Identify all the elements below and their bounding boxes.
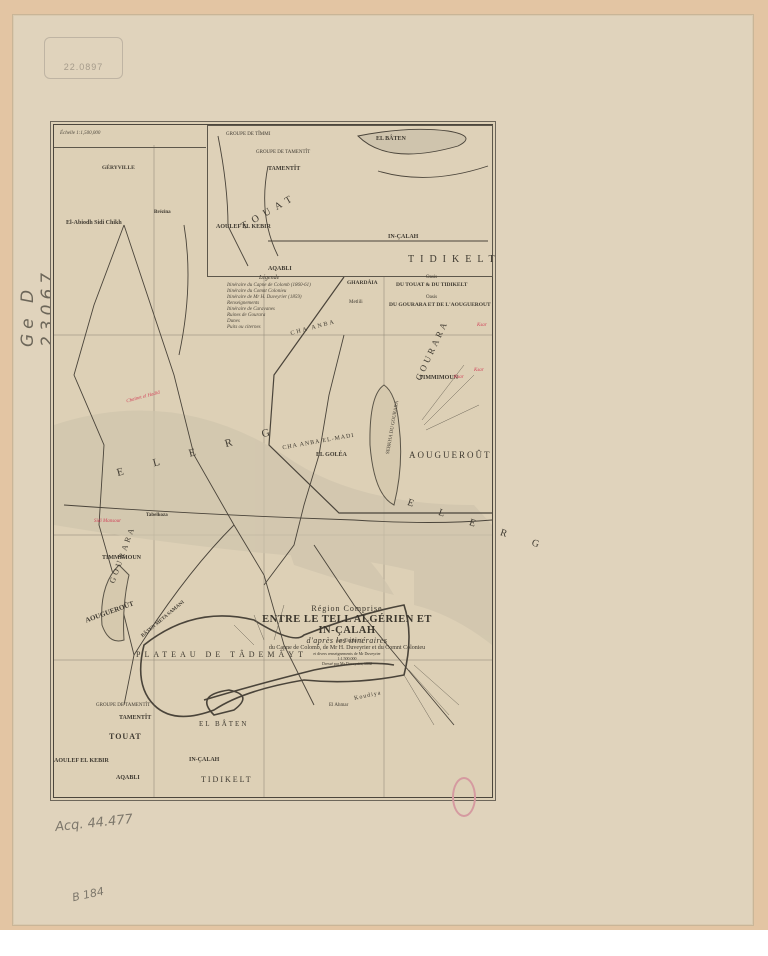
library-red-stamp bbox=[452, 777, 476, 817]
label-timmimoun: TIMMIMOUN bbox=[419, 375, 458, 381]
label-in-calah-main: IN-ÇALAH bbox=[189, 757, 219, 763]
stamp-number: 22.0897 bbox=[45, 62, 122, 72]
inset-gourara-title: Oasis bbox=[426, 295, 437, 300]
title-line-7: Dressé par Mr Duveyrier, 1882 bbox=[256, 661, 438, 666]
inset-touat-subtitle: DU TOUAT & DU TIDIKELT bbox=[396, 282, 467, 288]
label-groupe-tamentit: GROUPE DE TAMENTÎT bbox=[256, 150, 310, 155]
call-number: Ge D 23067 bbox=[18, 190, 58, 340]
label-aqabli-main: AQABLI bbox=[116, 775, 140, 781]
legend-item: Ruines de Gourara bbox=[227, 313, 265, 318]
scale-label: Échelle 1:1,500,000 bbox=[60, 131, 100, 136]
label-el-ahmar: El Ahmar bbox=[329, 703, 348, 708]
label-brezina: Brézina bbox=[154, 210, 171, 215]
label-touat-main: TOUAT bbox=[109, 732, 142, 741]
call-number-text: Ge D 23067 bbox=[18, 197, 58, 347]
label-el-baten: EL BÂTEN bbox=[376, 136, 406, 142]
label-in-calah-inset: IN-ÇALAH bbox=[388, 234, 418, 240]
legend-item: Itinéraire de Caravanes bbox=[227, 307, 275, 312]
label-ghardaia: GHARDÂIA bbox=[347, 280, 378, 286]
legend-item: Puits ou citernes bbox=[227, 325, 261, 330]
red-annotation: Ksar bbox=[477, 323, 487, 328]
map: Échelle 1:1,500,000 GROUPE DE TÎMMI GROU… bbox=[53, 124, 493, 798]
map-title-block: Région Comprise ENTRE LE TELL ALGÉRIEN E… bbox=[256, 604, 438, 666]
red-annotation: Sidi Mansour bbox=[94, 519, 121, 524]
library-stamp: 22.0897 bbox=[44, 37, 123, 79]
label-aougherout: AOUGUEROÛT bbox=[409, 450, 492, 460]
title-line-2: ENTRE LE TELL ALGÉRIEN ET IN-ÇALAH bbox=[256, 614, 438, 636]
label-aqabli-inset: AQABLI bbox=[268, 266, 292, 272]
legend-item: Renseignements bbox=[227, 301, 259, 306]
label-timmimoun-main: TIMMIMOUN bbox=[102, 555, 141, 561]
label-el-golea: EL GOLÉA bbox=[316, 452, 347, 458]
inset-touat-title: Oasis bbox=[426, 275, 437, 280]
label-metlili: Metlili bbox=[349, 300, 363, 305]
label-tidikelt-inset: TIDIKELT bbox=[408, 254, 501, 265]
label-groupe-tamentit-main: GROUPE DE TAMENTÎT bbox=[96, 703, 150, 708]
red-annotation: Ksar bbox=[454, 375, 464, 380]
label-aoulef-inset: AOULEF EL KEBIR bbox=[216, 224, 271, 230]
label-el-baten-main: EL BÂTEN bbox=[199, 720, 248, 728]
legend-title: Légende bbox=[259, 275, 279, 281]
label-aoulef-main: AOULEF EL KEBIR bbox=[54, 758, 109, 764]
title-line-3: d'après les itinéraires bbox=[256, 636, 438, 645]
legend-item: Itinéraire du Capne de Colomb (1860-61) bbox=[227, 283, 311, 288]
inset-gourara-subtitle: DU GOURARA ET DE L'AOUGUEROUT bbox=[389, 302, 491, 308]
inset-touat-tidikelt: GROUPE DE TÎMMI GROUPE DE TAMENTÎT TAMEN… bbox=[207, 125, 493, 277]
legend-item: Itinéraire de Mr H. Duveyrier (1859) bbox=[227, 295, 302, 300]
legend-item: Itinéraire du Comnt Colonieu bbox=[227, 289, 286, 294]
label-el-abiodh: El-Abiodh Sidi Chikh bbox=[66, 220, 122, 226]
title-line-1: Région Comprise bbox=[256, 604, 438, 613]
red-annotation: Ksar bbox=[474, 368, 484, 373]
label-groupe-timmi: GROUPE DE TÎMMI bbox=[226, 132, 270, 137]
legend-item: Dunes bbox=[227, 319, 240, 324]
scale-bar: Échelle 1:1,500,000 bbox=[54, 125, 206, 148]
label-geryville: GÉRYVILLE bbox=[102, 165, 135, 171]
label-tamentit-inset: TAMENTÎT bbox=[268, 166, 300, 172]
label-tidikelt-main: TIDIKELT bbox=[201, 775, 253, 784]
label-tabelkoza: Tabelkoza bbox=[146, 513, 168, 518]
label-tamentit-main: TAMENTÎT bbox=[119, 715, 151, 721]
